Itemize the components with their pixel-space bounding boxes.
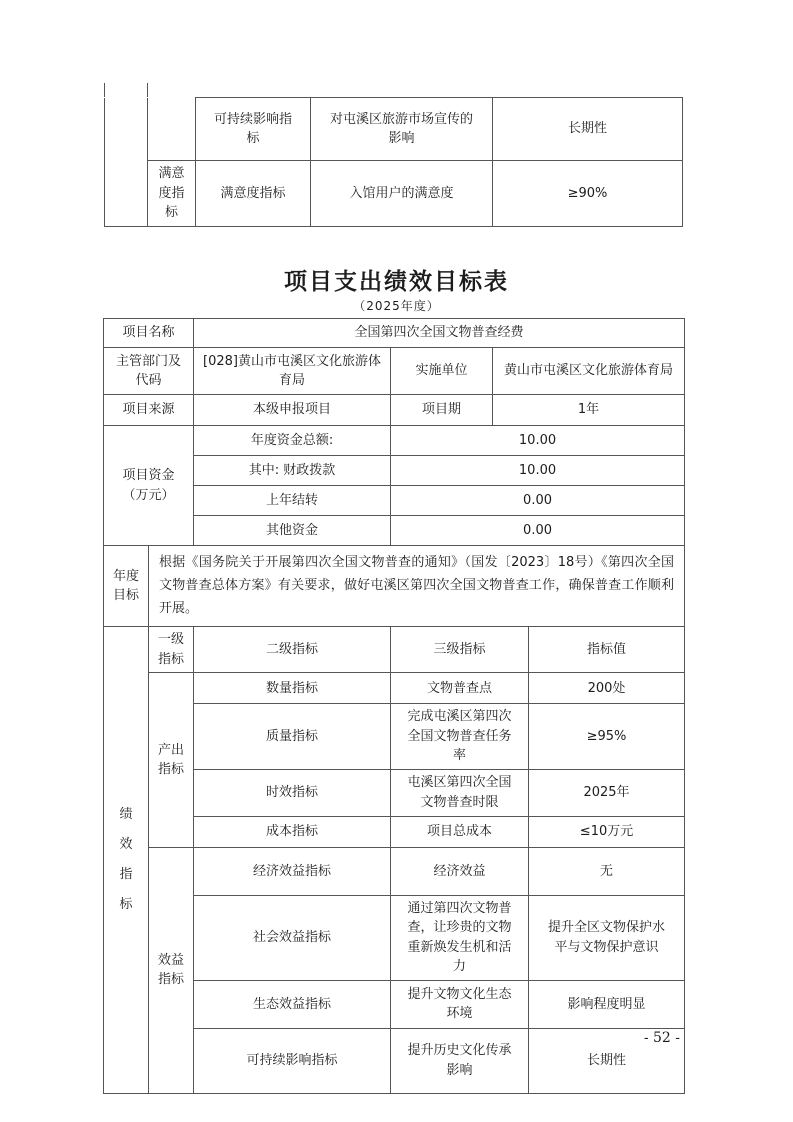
top-performance-table: 可持续影响指标 对屯溪区旅游市场宣传的影响 长期性 满意度指标 满意度指标 入馆… xyxy=(104,97,683,227)
cell-impl-value: 黄山市屯溪区文化旅游体育局 xyxy=(493,348,685,395)
page-number: - 52 - xyxy=(560,1030,680,1046)
cell-perf-continuation xyxy=(105,98,148,227)
cell-level3: 对屯溪区旅游市场宣传的影响 xyxy=(311,98,493,161)
perf-label-text: 绩效指标 xyxy=(119,800,134,920)
cell-level2: 可持续影响指标 xyxy=(196,98,311,161)
cell-header-level3: 三级指标 xyxy=(391,627,529,673)
cell-level2: 时效指标 xyxy=(194,769,391,816)
cell-level3: 经济效益 xyxy=(391,847,529,895)
cell-output-label: 产出指标 xyxy=(149,673,194,848)
cell-level3: 项目总成本 xyxy=(391,816,529,847)
cell-level2: 成本指标 xyxy=(194,816,391,847)
page-title: 项目支出绩效目标表 xyxy=(0,263,793,296)
cell-fund-value: 0.00 xyxy=(391,516,685,546)
cell-fund-value: 10.00 xyxy=(391,426,685,456)
cell-funds-label: 项目资金（万元） xyxy=(104,426,194,546)
cell-dept-label: 主管部门及代码 xyxy=(104,348,194,395)
cell-level1: 满意度指标 xyxy=(148,161,196,227)
page-subtitle: （2025年度） xyxy=(0,297,793,314)
cell-source-value: 本级申报项目 xyxy=(194,395,391,426)
cell-source-label: 项目来源 xyxy=(104,395,194,426)
cell-level3: 文物普查点 xyxy=(391,673,529,704)
cell-target-value: 200处 xyxy=(529,673,685,704)
cell-level2: 可持续影响指标 xyxy=(194,1028,391,1093)
cell-dept-value: [028]黄山市屯溪区文化旅游体育局 xyxy=(194,348,391,395)
cell-level3: 通过第四次文物普查，让珍贵的文物重新焕发生机和活力 xyxy=(391,895,529,980)
cell-level2: 数量指标 xyxy=(194,673,391,704)
cell-goal-label: 年度目标 xyxy=(104,546,149,627)
cell-target-value: 2025年 xyxy=(529,769,685,816)
cell-project-name-label: 项目名称 xyxy=(104,319,194,348)
cell-level3: 提升历史文化传承影响 xyxy=(391,1028,529,1093)
cell-perf-label: 绩效指标 xyxy=(104,627,149,1094)
cell-target-value: 长期性 xyxy=(493,98,683,161)
cell-level2: 满意度指标 xyxy=(196,161,311,227)
cell-goal-text: 根据《国务院关于开展第四次全国文物普查的通知》（国发〔2023〕18号）《第四次… xyxy=(149,546,685,627)
cell-level3: 入馆用户的满意度 xyxy=(311,161,493,227)
cell-fund-item: 其中: 财政拨款 xyxy=(194,456,391,486)
cell-level3: 提升文物文化生态环境 xyxy=(391,980,529,1028)
cell-level2: 生态效益指标 xyxy=(194,980,391,1028)
cell-target-value: ≥90% xyxy=(493,161,683,227)
cell-header-level2: 二级指标 xyxy=(194,627,391,673)
cell-target-value: 无 xyxy=(529,847,685,895)
cell-fund-item: 年度资金总额: xyxy=(194,426,391,456)
table-border-stub xyxy=(104,83,105,97)
cell-period-label: 项目期 xyxy=(391,395,493,426)
cell-level1-continuation xyxy=(148,98,196,161)
cell-project-name: 全国第四次全国文物普查经费 xyxy=(194,319,685,348)
cell-fund-value: 10.00 xyxy=(391,456,685,486)
cell-fund-item: 上年结转 xyxy=(194,486,391,516)
cell-header-value: 指标值 xyxy=(529,627,685,673)
cell-benefit-label: 效益指标 xyxy=(149,847,194,1093)
document-page: 可持续影响指标 对屯溪区旅游市场宣传的影响 长期性 满意度指标 满意度指标 入馆… xyxy=(0,0,793,1122)
cell-fund-item: 其他资金 xyxy=(194,516,391,546)
cell-fund-value: 0.00 xyxy=(391,486,685,516)
cell-level3: 屯溪区第四次全国文物普查时限 xyxy=(391,769,529,816)
table-border-stub xyxy=(147,83,148,97)
cell-period-value: 1年 xyxy=(493,395,685,426)
cell-target-value: 影响程度明显 xyxy=(529,980,685,1028)
cell-header-level1: 一级指标 xyxy=(149,627,194,673)
cell-target-value: ≤10万元 xyxy=(529,816,685,847)
cell-level3: 完成屯溪区第四次全国文物普查任务率 xyxy=(391,704,529,770)
cell-level2: 质量指标 xyxy=(194,704,391,770)
cell-target-value: ≥95% xyxy=(529,704,685,770)
main-performance-table: 项目名称 全国第四次全国文物普查经费 主管部门及代码 [028]黄山市屯溪区文化… xyxy=(103,318,685,1094)
cell-target-value: 提升全区文物保护水平与文物保护意识 xyxy=(529,895,685,980)
funds-label-text: 项目资金（万元） xyxy=(121,466,177,505)
cell-impl-label: 实施单位 xyxy=(391,348,493,395)
cell-level2: 经济效益指标 xyxy=(194,847,391,895)
cell-level2: 社会效益指标 xyxy=(194,895,391,980)
